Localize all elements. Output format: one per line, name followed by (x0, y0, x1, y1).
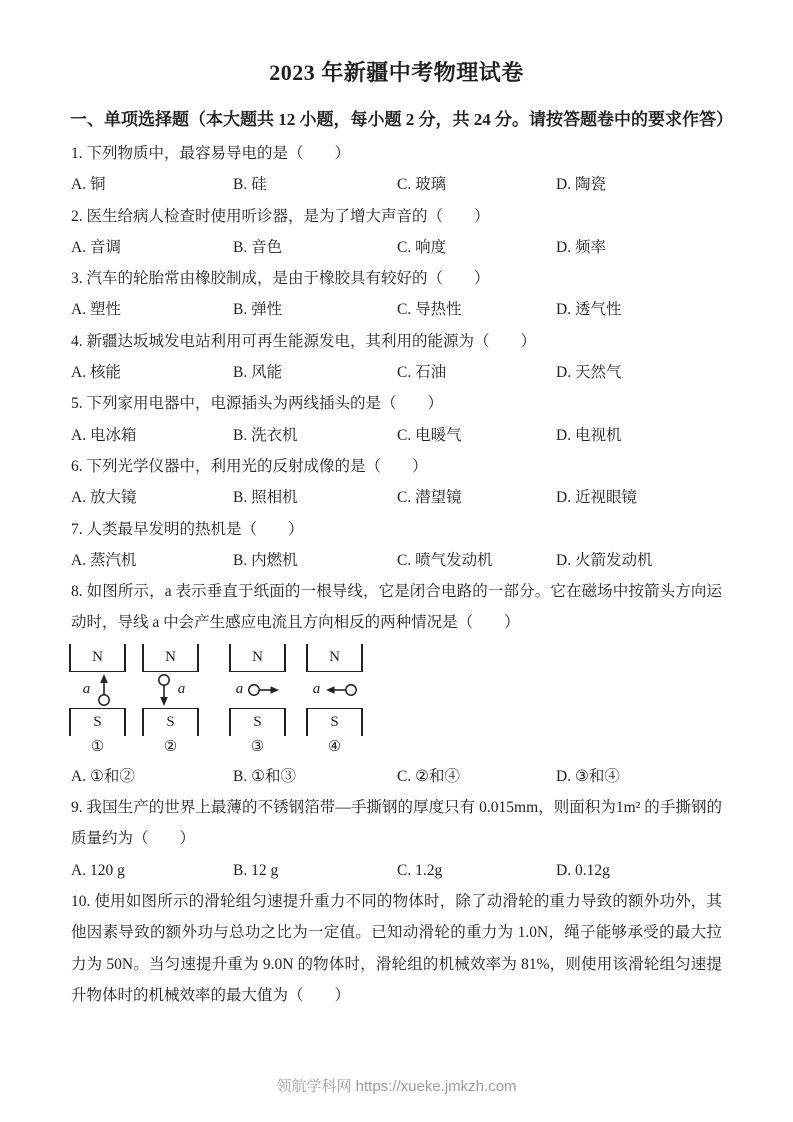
options-row: A. 核能 B. 风能 C. 石油 D. 天然气 (71, 357, 722, 388)
diagram-number: ② (164, 737, 177, 758)
wire-arrow-down-icon (153, 672, 175, 708)
option-b: B. 弹性 (233, 294, 397, 325)
options-row: A. 放大镜 B. 照相机 C. 潜望镜 D. 近视眼镜 (71, 482, 722, 513)
option-d: D. 天然气 (556, 357, 722, 388)
wire-region: a (80, 672, 116, 708)
option-d: D. 近视眼镜 (556, 482, 722, 513)
option-c: C. 喷气发动机 (397, 545, 556, 576)
options-row: A. 塑性 B. 弹性 C. 导热性 D. 透气性 (71, 294, 722, 325)
option-b: B. 内燃机 (233, 545, 397, 576)
pole-label: S (166, 714, 174, 731)
question-1: 1. 下列物质中，最容易导电的是（ ） A. 铜 B. 硅 C. 玻璃 D. 陶… (71, 138, 722, 201)
magnet-diagram-1: N a S ① (69, 644, 126, 758)
question-5: 5. 下列家用电器中，电源插头为两线插头的是（ ） A. 电冰箱 B. 洗衣机 … (71, 388, 722, 451)
option-a: A. 核能 (71, 357, 233, 388)
wire-label: a (236, 681, 244, 698)
magnet-diagram-2: N a S ② (142, 644, 199, 758)
question-6: 6. 下列光学仪器中，利用光的反射成像的是（ ） A. 放大镜 B. 照相机 C… (71, 451, 722, 514)
s-pole-magnet: S (229, 708, 286, 736)
option-c: C. ②和④ (397, 761, 556, 792)
option-c: C. 石油 (397, 357, 556, 388)
question-text: 3. 汽车的轮胎常由橡胶制成，是由于橡胶具有较好的（ ） (71, 263, 722, 294)
section-heading: 一、单项选择题（本大题共 12 小题，每小题 2 分，共 24 分。请按答题卷中… (70, 108, 725, 132)
option-a: A. 塑性 (71, 294, 233, 325)
option-b: B. 风能 (233, 357, 397, 388)
wire-region: a (233, 672, 283, 708)
question-3: 3. 汽车的轮胎常由橡胶制成，是由于橡胶具有较好的（ ） A. 塑性 B. 弹性… (71, 263, 722, 326)
option-b: B. 硅 (233, 169, 397, 200)
questions-list: 1. 下列物质中，最容易导电的是（ ） A. 铜 B. 硅 C. 玻璃 D. 陶… (0, 132, 793, 1011)
options-row: A. ①和② B. ①和③ C. ②和④ D. ③和④ (71, 761, 722, 792)
wire-region: a (153, 672, 189, 708)
question-text: 7. 人类最早发明的热机是（ ） (71, 514, 722, 545)
wire-label: a (313, 681, 321, 698)
pole-label: S (253, 714, 261, 731)
question-text: 2. 医生给病人检查时使用听诊器，是为了增大声音的（ ） (71, 201, 722, 232)
s-pole-magnet: S (142, 708, 199, 736)
n-pole-magnet: N (229, 644, 286, 672)
magnet-diagram-3: N a S ③ (229, 644, 286, 758)
question-text: 9. 我国生产的世界上最薄的不锈钢箔带—手撕钢的厚度只有 0.015mm，则面积… (71, 792, 722, 855)
pole-label: S (330, 714, 338, 731)
options-row: A. 蒸汽机 B. 内燃机 C. 喷气发动机 D. 火箭发动机 (71, 545, 722, 576)
option-d: D. 火箭发动机 (556, 545, 722, 576)
options-row: A. 120 g B. 12 g C. 1.2g D. 0.12g (71, 855, 722, 886)
question-4: 4. 新疆达坂城发电站利用可再生能源发电，其利用的能源为（ ） A. 核能 B.… (71, 326, 722, 389)
diagram-number: ① (91, 737, 104, 758)
options-row: A. 电冰箱 B. 洗衣机 C. 电暖气 D. 电视机 (71, 420, 722, 451)
diagram-number: ③ (251, 737, 264, 758)
option-b: B. 洗衣机 (233, 420, 397, 451)
option-c: C. 1.2g (397, 855, 556, 886)
pole-label: N (329, 649, 340, 666)
options-row: A. 音调 B. 音色 C. 响度 D. 频率 (71, 232, 722, 263)
s-pole-magnet: S (69, 708, 126, 736)
wire-label: a (178, 681, 186, 698)
option-d: D. 频率 (556, 232, 722, 263)
magnet-diagram-4: N a S ④ (306, 644, 363, 758)
option-b: B. 照相机 (233, 482, 397, 513)
option-a: A. 音调 (71, 232, 233, 263)
question-7: 7. 人类最早发明的热机是（ ） A. 蒸汽机 B. 内燃机 C. 喷气发动机 … (71, 514, 722, 577)
n-pole-magnet: N (69, 644, 126, 672)
option-b: B. 12 g (233, 855, 397, 886)
option-a: A. 蒸汽机 (71, 545, 233, 576)
option-c: C. 玻璃 (397, 169, 556, 200)
question-8-figure: N a S ① (69, 644, 722, 758)
options-row: A. 铜 B. 硅 C. 玻璃 D. 陶瓷 (71, 169, 722, 200)
option-a: A. 120 g (71, 855, 233, 886)
question-text: 4. 新疆达坂城发电站利用可再生能源发电，其利用的能源为（ ） (71, 326, 722, 357)
option-c: C. 潜望镜 (397, 482, 556, 513)
footer-watermark: 领航学科网 https://xueke.jmkzh.com (0, 1075, 793, 1096)
question-10: 10. 使用如图所示的滑轮组匀速提升重力不同的物体时，除了动滑轮的重力导致的额外… (71, 886, 722, 1011)
wire-arrow-left-icon (323, 672, 359, 708)
option-d: D. 陶瓷 (556, 169, 722, 200)
pole-label: N (252, 649, 263, 666)
page-title: 2023 年新疆中考物理试卷 (0, 56, 793, 87)
n-pole-magnet: N (142, 644, 199, 672)
document-page: 2023 年新疆中考物理试卷 一、单项选择题（本大题共 12 小题，每小题 2 … (0, 0, 793, 1122)
diagram-number: ④ (328, 737, 341, 758)
question-text: 6. 下列光学仪器中，利用光的反射成像的是（ ） (71, 451, 722, 482)
wire-arrow-right-icon (246, 672, 282, 708)
option-d: D. 0.12g (556, 855, 722, 886)
question-9: 9. 我国生产的世界上最薄的不锈钢箔带—手撕钢的厚度只有 0.015mm，则面积… (71, 792, 722, 886)
option-b: B. 音色 (233, 232, 397, 263)
question-text: 5. 下列家用电器中，电源插头为两线插头的是（ ） (71, 388, 722, 419)
option-d: D. 电视机 (556, 420, 722, 451)
question-text: 8. 如图所示，a 表示垂直于纸面的一根导线，它是闭合电路的一部分。它在磁场中按… (71, 576, 722, 639)
option-a: A. 电冰箱 (71, 420, 233, 451)
wire-region: a (310, 672, 360, 708)
question-text: 10. 使用如图所示的滑轮组匀速提升重力不同的物体时，除了动滑轮的重力导致的额外… (71, 886, 722, 1011)
question-2: 2. 医生给病人检查时使用听诊器，是为了增大声音的（ ） A. 音调 B. 音色… (71, 201, 722, 264)
pole-label: S (93, 714, 101, 731)
option-d: D. ③和④ (556, 761, 722, 792)
option-c: C. 电暖气 (397, 420, 556, 451)
question-text: 1. 下列物质中，最容易导电的是（ ） (71, 138, 722, 169)
n-pole-magnet: N (306, 644, 363, 672)
question-8: 8. 如图所示，a 表示垂直于纸面的一根导线，它是闭合电路的一部分。它在磁场中按… (71, 576, 722, 792)
option-b: B. ①和③ (233, 761, 397, 792)
option-a: A. ①和② (71, 761, 233, 792)
wire-label: a (83, 681, 91, 698)
wire-arrow-up-icon (93, 672, 115, 708)
option-c: C. 响度 (397, 232, 556, 263)
pole-label: N (165, 649, 176, 666)
option-c: C. 导热性 (397, 294, 556, 325)
option-a: A. 放大镜 (71, 482, 233, 513)
option-a: A. 铜 (71, 169, 233, 200)
option-d: D. 透气性 (556, 294, 722, 325)
pole-label: N (92, 649, 103, 666)
s-pole-magnet: S (306, 708, 363, 736)
